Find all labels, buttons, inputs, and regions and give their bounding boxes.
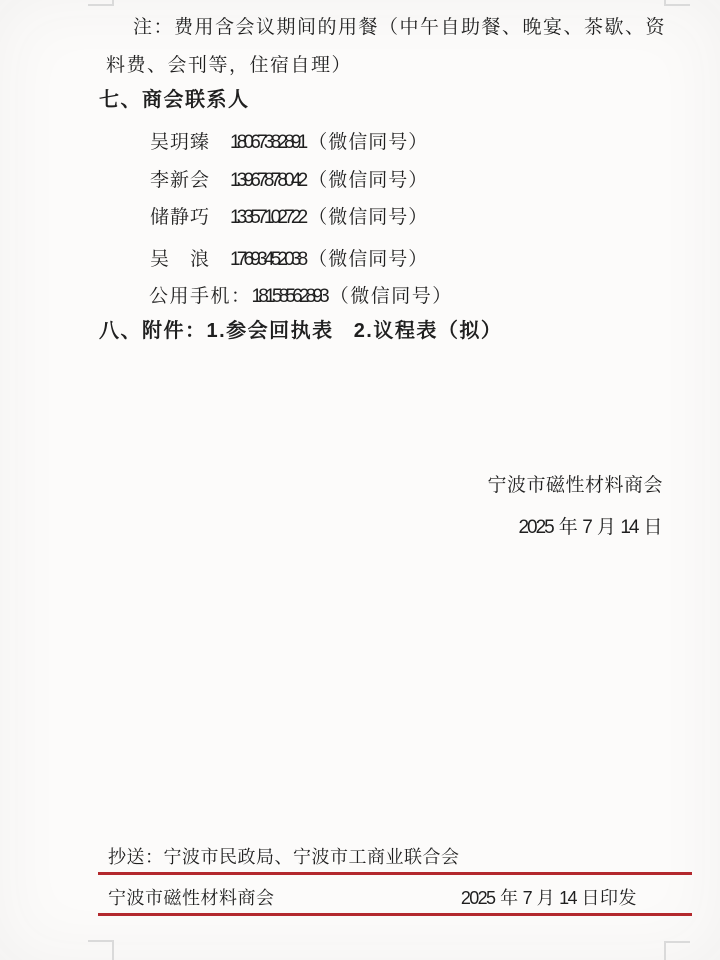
fee-note-line-1: 注：费用含会议期间的用餐（中午自助餐、晚宴、茶歇、资 — [133, 15, 666, 41]
attachment-item-1: 1.参会回执表 — [207, 320, 334, 342]
issue-date-year-unit: 年 — [500, 888, 519, 908]
signature-date-month: 7 — [582, 517, 593, 538]
contact-row: 吴 浪17693452038（微信同号） — [150, 247, 428, 273]
corner-mark-bottom-right — [664, 941, 690, 960]
contact-name: 李新会 — [150, 168, 230, 194]
contact-name: 储静巧 — [150, 205, 230, 231]
corner-mark-top-right — [664, 0, 690, 6]
contact-name: 吴玥臻 — [150, 130, 230, 156]
signature-date-year-unit: 年 — [559, 517, 579, 538]
issue-date-month: 7 — [523, 888, 533, 908]
contact-name: 吴 浪 — [150, 247, 230, 273]
contact-row: 李新会13967878042（微信同号） — [150, 168, 428, 194]
corner-mark-bottom-left — [88, 940, 114, 960]
wechat-note: （微信同号） — [308, 249, 428, 270]
corner-mark-top-left — [88, 0, 114, 6]
red-separator-line-top — [98, 872, 692, 875]
contact-phone: 13357102722 — [230, 207, 308, 228]
public-phone-label: 公用手机： — [149, 286, 252, 307]
section-7-heading: 七、商会联系人 — [99, 87, 250, 114]
wechat-note: （微信同号） — [308, 132, 428, 153]
issuer-row: 宁波市磁性材料商会 2025年7月14日印发 — [108, 884, 637, 910]
fee-note-line-2: 料费、会刊等，住宿自理） — [106, 53, 352, 79]
document-page: 注：费用含会议期间的用餐（中午自助餐、晚宴、茶歇、资 料费、会刊等，住宿自理） … — [0, 0, 720, 960]
public-phone-number: 18158562893 — [252, 286, 330, 307]
signature-date: 2025年7月14日 — [487, 512, 663, 539]
signature-date-year: 2025 — [518, 517, 554, 538]
cc-line: 抄送：宁波市民政局、宁波市工商业联合会 — [108, 843, 460, 869]
wechat-note: （微信同号） — [308, 207, 428, 228]
wechat-note: （微信同号） — [330, 286, 453, 307]
signature-date-day-unit: 日 — [643, 517, 663, 538]
attachment-item-2: 2.议程表（拟） — [354, 320, 503, 342]
contact-row: 储静巧13357102722（微信同号） — [150, 205, 428, 231]
red-separator-line-bottom — [98, 913, 692, 916]
issue-date: 2025年7月14日印发 — [461, 884, 637, 910]
contact-row: 吴玥臻18067382891（微信同号） — [150, 130, 428, 156]
issuer-org: 宁波市磁性材料商会 — [108, 884, 275, 910]
signature-org: 宁波市磁性材料商会 — [487, 470, 663, 497]
contact-phone: 17693452038 — [230, 249, 308, 270]
signature-block: 宁波市磁性材料商会 2025年7月14日 — [487, 470, 663, 539]
contact-phone: 18067382891 — [230, 132, 308, 153]
issue-date-day-unit: 日印发 — [582, 888, 638, 908]
issue-date-year: 2025 — [461, 888, 496, 908]
contact-phone: 13967878042 — [230, 170, 308, 191]
section-8-heading: 八、附件：1.参会回执表2.议程表（拟） — [99, 318, 502, 345]
public-phone-row: 公用手机：18158562893（微信同号） — [149, 284, 453, 310]
issue-date-day: 14 — [559, 888, 577, 908]
attachments-label: 八、附件： — [99, 320, 207, 342]
signature-date-month-unit: 月 — [597, 517, 617, 538]
wechat-note: （微信同号） — [308, 170, 428, 191]
signature-date-day: 14 — [620, 517, 639, 538]
issue-date-month-unit: 月 — [537, 888, 556, 908]
